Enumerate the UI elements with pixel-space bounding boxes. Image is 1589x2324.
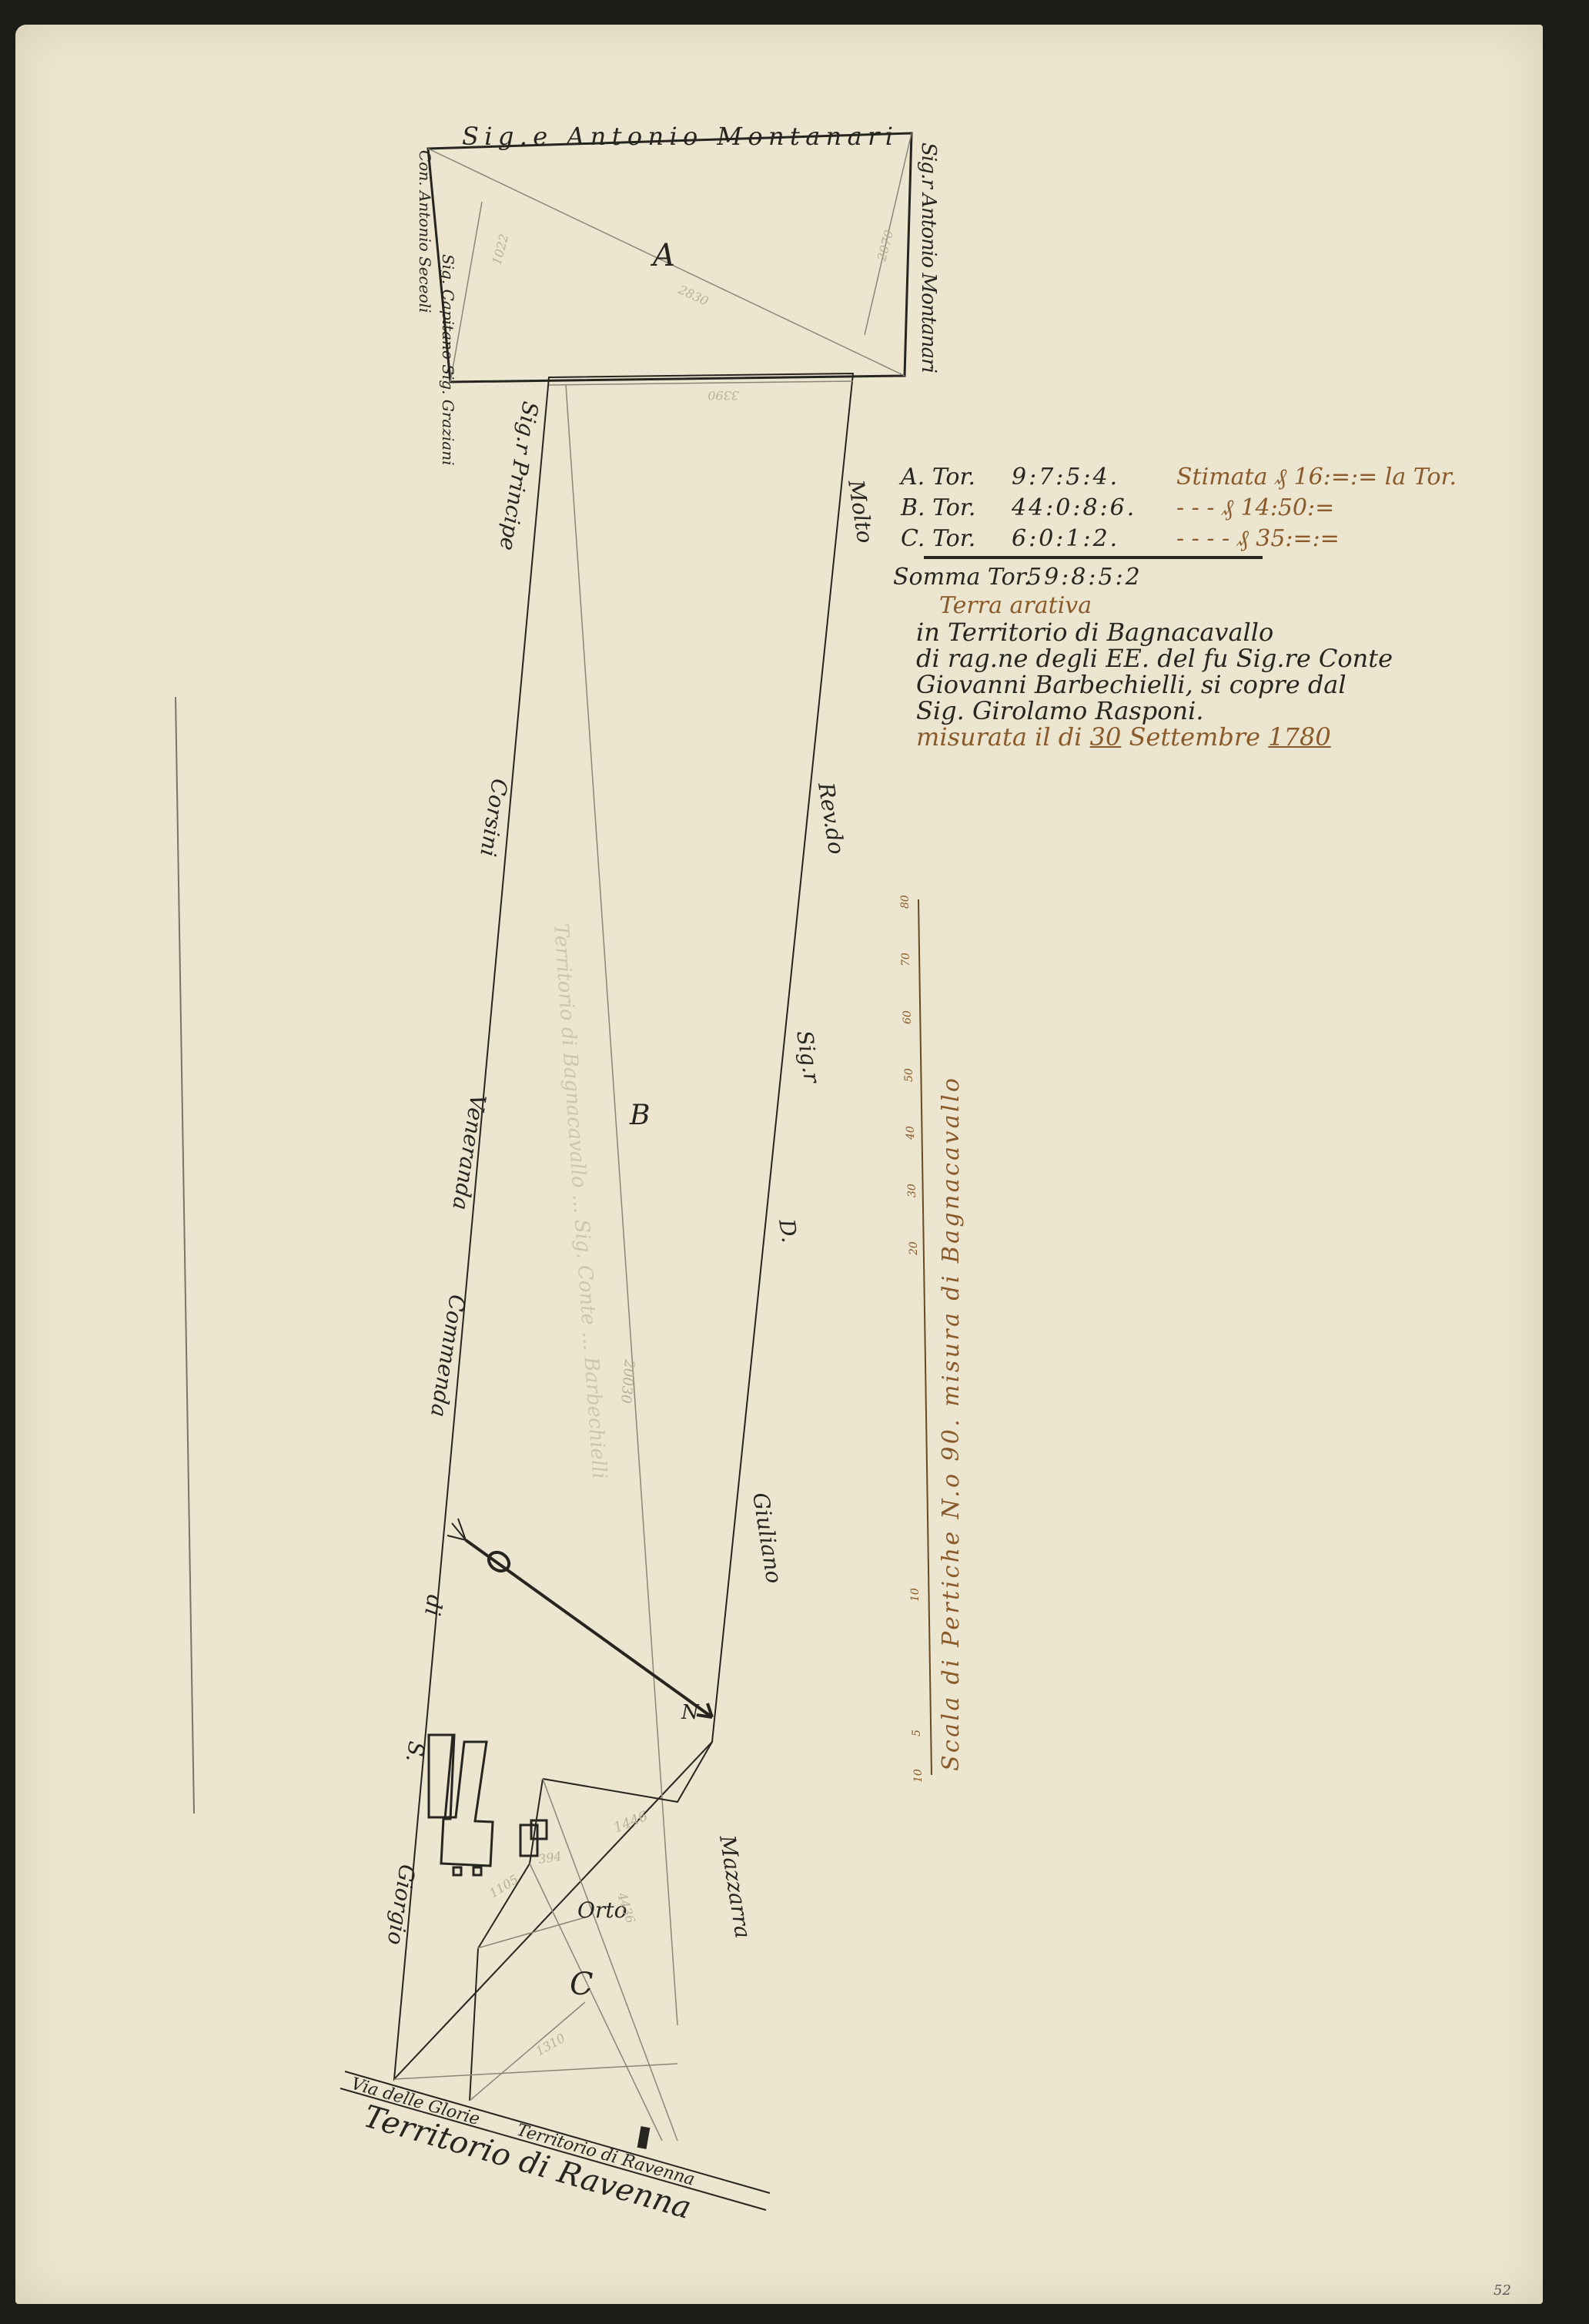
parcel-c-measure: 1105 xyxy=(487,1872,521,1901)
parcel-c-label: C xyxy=(570,1967,594,2002)
legend-price: - - - - ₰ 35:=:= xyxy=(1176,524,1340,554)
parcel-a-west-label-2: Sig. Capitano Sig. Graziani xyxy=(439,254,457,466)
parcel-a-west-label-1: Con. Antonio Seceoli xyxy=(416,150,434,313)
legend-sum-value: 59:8:5:2 xyxy=(1027,562,1181,593)
scale-tick: 20 xyxy=(908,1241,920,1256)
legend-sum-label: Somma Tor. xyxy=(893,562,1016,593)
area-legend: A. Tor. 9:7:5:4. Stimata ₰ 16:=:= la Tor… xyxy=(901,462,1457,593)
scale-tick: 60 xyxy=(902,1010,914,1024)
parcel-a-measure: 1022 xyxy=(490,233,512,266)
parcel-b-west-label: Sig.r Principe xyxy=(494,400,543,552)
legend-sum-row: Somma Tor. 59:8:5:2 xyxy=(893,562,1457,593)
title-line: in Territorio di Bagnacavallo xyxy=(916,619,1393,645)
legend-price: - - - ₰ 14:50:= xyxy=(1176,493,1334,524)
parcel-b-faint-notes: Territorio di Bagnacavallo ... Sig. Cont… xyxy=(549,923,611,1479)
legend-parcel: A. Tor. xyxy=(901,462,1001,493)
parcel-b-west-label: Veneranda xyxy=(447,1093,490,1212)
title-line: di rag.ne degli EE. del fu Sig.re Conte xyxy=(916,645,1393,671)
scale-tick: 10 xyxy=(909,1588,922,1602)
farm-buildings xyxy=(429,1735,547,1875)
title-line: Sig. Girolamo Rasponi. xyxy=(916,698,1393,724)
date-day: 30 xyxy=(1090,722,1122,752)
legend-area: 9:7:5:4. xyxy=(1012,462,1166,493)
scale-tick: 50 xyxy=(903,1068,915,1082)
parcel-a-label: A xyxy=(650,238,675,273)
parcel-b-east-label: D. xyxy=(774,1217,802,1244)
parcel-b-west-label: Commenda xyxy=(426,1293,470,1419)
parcel-b-east-label: Molto xyxy=(843,477,878,545)
legend-area: 6:0:1:2. xyxy=(1012,524,1166,554)
parcel-b-east-label: Mazzarra xyxy=(714,1833,756,1941)
legend-parcel: C. Tor. xyxy=(901,524,1001,554)
survey-date: misurata il di 30 Settembre 1780 xyxy=(916,724,1393,750)
compass-arrow: N xyxy=(447,1519,712,1724)
parcel-a-measure: 3390 xyxy=(708,388,739,403)
scale-tick: 10 xyxy=(912,1769,925,1783)
parcel-a-measure: 2070 xyxy=(874,229,896,263)
parcel-a-north-label: Sig.e Antonio Montanari xyxy=(462,122,893,151)
date-month: Settembre xyxy=(1121,722,1268,752)
scale-tick: 80 xyxy=(899,895,912,909)
scale-tick: 40 xyxy=(905,1126,917,1140)
south-road: Via delle Glorie Territorio di Ravenna T… xyxy=(340,2071,770,2226)
legend-sum-rule xyxy=(924,556,1263,559)
parcel-b-west-label: S. xyxy=(401,1740,430,1764)
parcel-b-label: B xyxy=(629,1100,650,1131)
scale-tick: 5 xyxy=(911,1730,923,1736)
parcel-c-measure: 1310 xyxy=(534,2031,568,2059)
north-label: N xyxy=(681,1701,700,1724)
parcel-a-measure: 2830 xyxy=(675,282,711,309)
parcel-b-measure: 20030 xyxy=(617,1358,637,1405)
title-heading: Terra arativa xyxy=(939,593,1393,619)
margin-line xyxy=(176,697,194,1813)
parcel-c: Orto C 1446 394 1105 4436 1310 xyxy=(394,1742,712,2149)
scale-tick: 70 xyxy=(900,953,912,966)
scale-tick: 30 xyxy=(906,1184,918,1197)
parcel-b-west-label: Giorgio xyxy=(383,1863,420,1947)
parcel-b-east-label: Rev.do xyxy=(813,780,849,856)
parcel-b-east-label: Giuliano xyxy=(748,1491,787,1586)
legend-area: 44:0:8:6. xyxy=(1012,493,1166,524)
scale-bar: 80 70 60 50 40 30 20 10 5 10 Scala di Pe… xyxy=(899,895,965,1783)
legend-parcel: B. Tor. xyxy=(901,493,1001,524)
title-line: Giovanni Barbechielli, si copre dal xyxy=(916,671,1393,698)
parcel-c-measure: 1446 xyxy=(611,1808,650,1837)
parcel-b-east-label: Sig.r xyxy=(791,1029,825,1086)
title-block: Terra arativa in Territorio di Bagnacava… xyxy=(916,593,1393,750)
legend-row-a: A. Tor. 9:7:5:4. Stimata ₰ 16:=:= la Tor… xyxy=(901,462,1457,493)
parcel-c-measure: 394 xyxy=(537,1849,563,1867)
parcel-a: A Sig.e Antonio Montanari Sig.r Antonio … xyxy=(416,122,940,466)
page-number: 52 xyxy=(1494,2282,1511,2299)
legend-row-c: C. Tor. 6:0:1:2. - - - - ₰ 35:=:= xyxy=(901,524,1457,554)
date-year: 1780 xyxy=(1268,722,1330,752)
legend-price: Stimata ₰ 16:=:= la Tor. xyxy=(1176,462,1457,493)
date-prefix: misurata il di xyxy=(916,722,1090,752)
parcel-a-east-label: Sig.r Antonio Montanari xyxy=(917,142,940,373)
survey-plan: A Sig.e Antonio Montanari Sig.r Antonio … xyxy=(0,0,1589,2324)
parcel-b-west-label: di xyxy=(420,1593,448,1618)
scale-caption: Scala di Pertiche N.o 90. misura di Bagn… xyxy=(938,1078,965,1771)
legend-row-b: B. Tor. 44:0:8:6. - - - ₰ 14:50:= xyxy=(901,493,1457,524)
